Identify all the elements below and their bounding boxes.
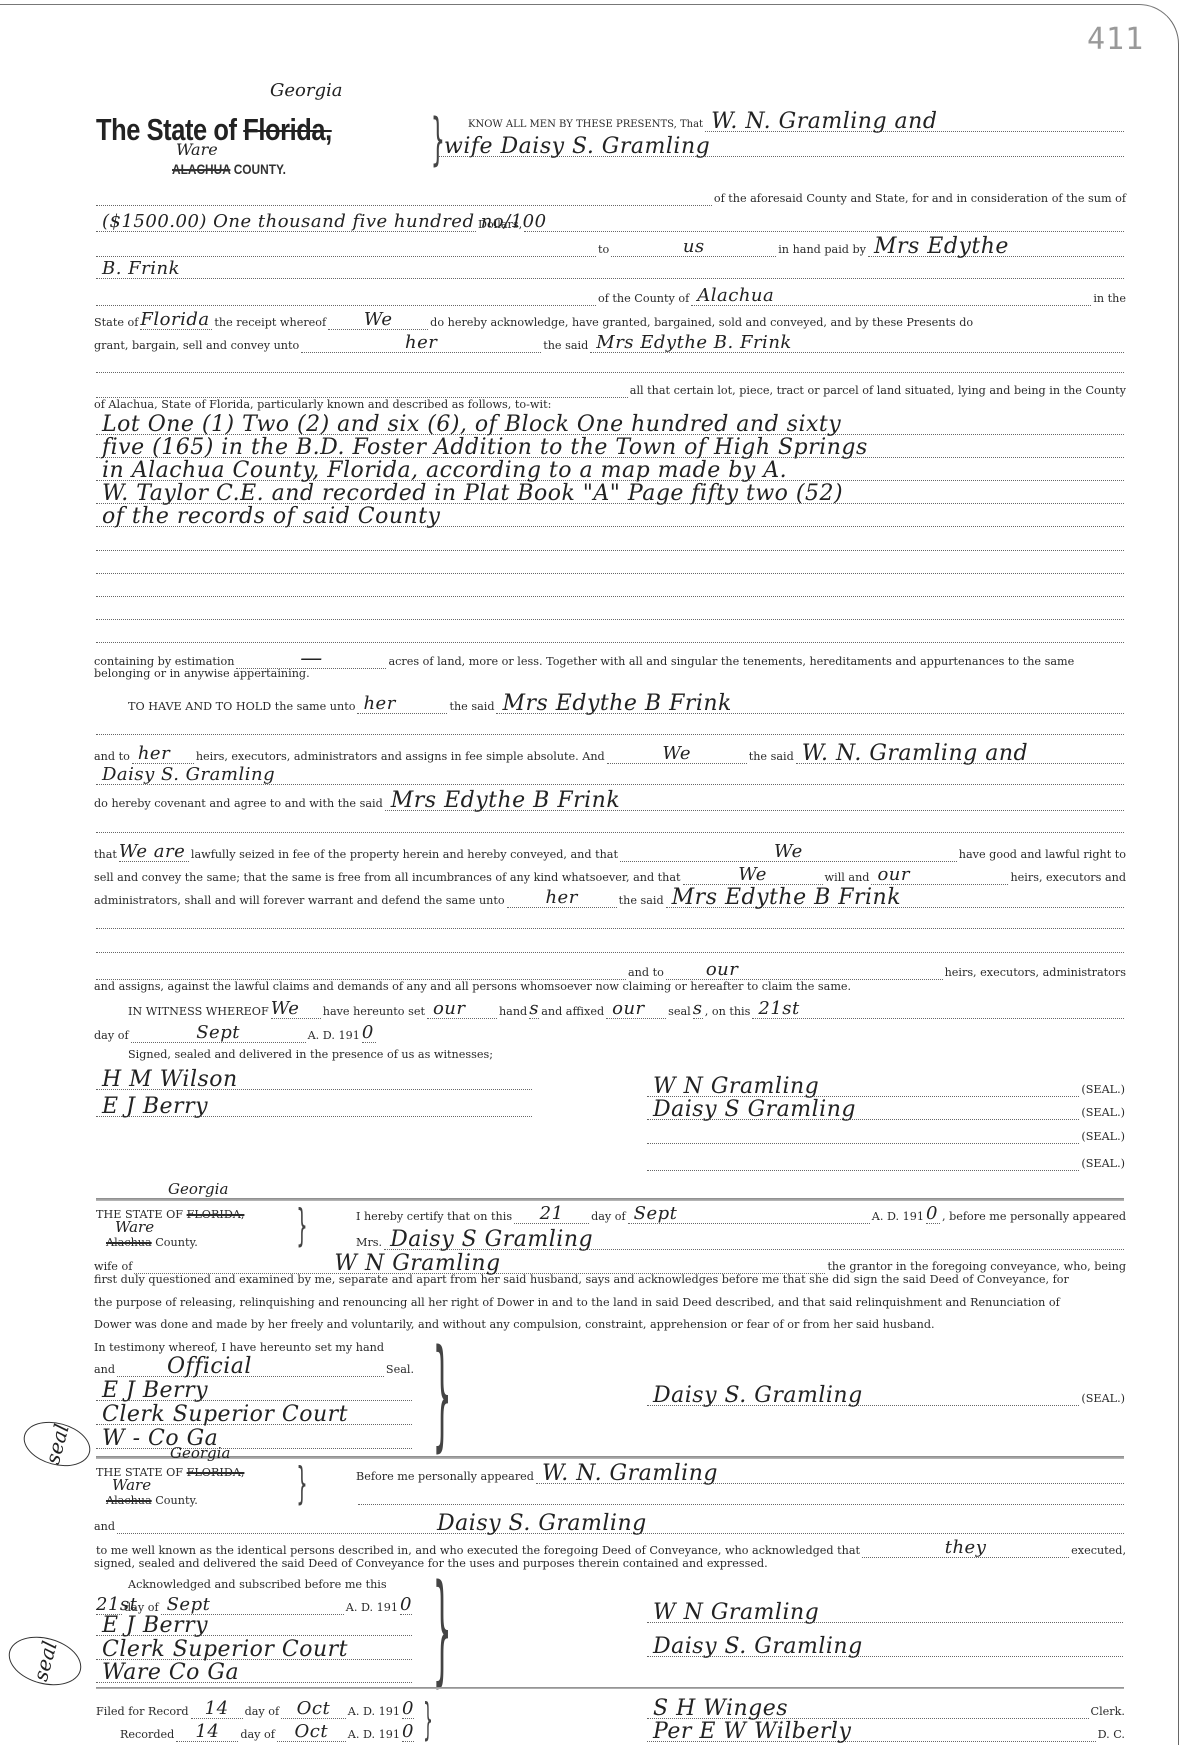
- in-witness-field: We: [271, 1008, 321, 1019]
- wife-of-value: W N Gramling: [334, 1253, 500, 1275]
- filed-line: Filed for Record 14 day of Oct A. D. 191…: [96, 1705, 416, 1719]
- grant-field: her: [301, 342, 541, 353]
- description-field: five (165) in the B.D. Foster Addition t…: [96, 447, 1124, 458]
- description-line: Lot One (1) Two (2) and six (6), of Bloc…: [94, 424, 1126, 435]
- amount-value: ($1500.00) One thousand five hundred no/…: [102, 211, 547, 233]
- will-and-field: our: [871, 874, 1008, 885]
- witness-line: H M Wilson: [94, 1079, 534, 1090]
- year-value: 0: [926, 1203, 938, 1225]
- and-value: We: [662, 743, 691, 765]
- witness-signature: H M Wilson: [102, 1069, 238, 1091]
- seal-label: (SEAL.): [1081, 1157, 1125, 1171]
- grantor-signature: W N Gramling: [653, 1076, 819, 1098]
- appeared-value: W. N. Gramling: [542, 1463, 718, 1485]
- seized-text: lawfully seized in fee of the property h…: [191, 848, 618, 862]
- habendum-line-1: TO HAVE AND TO HOLD the same unto her th…: [128, 700, 1126, 714]
- recorded-year-field: 0: [402, 1731, 414, 1742]
- to-have-label: TO HAVE AND TO HOLD the same unto: [128, 700, 355, 714]
- dower-signature-line: Daisy S. Gramling(SEAL.): [645, 1392, 1125, 1406]
- grantors-value-1: W. N. Gramling and: [711, 111, 937, 133]
- officer-line: E J Berry: [94, 1625, 414, 1636]
- grantors-field-1: W. N. Gramling and: [705, 121, 1124, 132]
- blank-field: [96, 295, 596, 306]
- sell-value: We: [738, 864, 767, 886]
- recorded-month: Oct: [295, 1721, 329, 1743]
- the-said-label: the said: [619, 894, 664, 908]
- grant-label: grant, bargain, sell and convey unto: [94, 339, 299, 353]
- county-written: Ware: [176, 140, 218, 159]
- description-field: of the records of said County: [96, 516, 1124, 527]
- seized-field: We: [620, 851, 957, 862]
- blank-field: [96, 942, 1124, 953]
- day-of-label: day of: [591, 1210, 626, 1224]
- appeared-label: Before me personally appeared: [356, 1470, 534, 1484]
- sell-text: sell and convey the same; that the same …: [94, 871, 681, 885]
- dc-line: Per E W WilberlyD. C.: [645, 1728, 1125, 1742]
- affixed-label: and affixed: [541, 1005, 604, 1019]
- description-line: W. Taylor C.E. and recorded in Plat Book…: [94, 493, 1126, 504]
- right-text: have good and lawful right to: [959, 848, 1126, 862]
- on-this-label: , on this: [705, 1005, 751, 1019]
- and-label: and: [94, 1363, 115, 1377]
- state-printed: FLORIDA,: [187, 1466, 245, 1480]
- county-printed: ALACHUA: [172, 161, 230, 177]
- signature-field: [647, 1160, 1079, 1171]
- county-of-field: Alachua: [691, 295, 1091, 306]
- recorded-label: Recorded: [120, 1728, 174, 1742]
- dower-signature: Daisy S. Gramling: [653, 1385, 863, 1407]
- seal-label: Seal.: [386, 1363, 414, 1377]
- that-label: that: [94, 848, 117, 862]
- hand-suffix-field: s: [529, 1008, 539, 1019]
- and-to-label: and to: [94, 750, 130, 764]
- description-value: Lot One (1) Two (2) and six (6), of Bloc…: [102, 414, 841, 436]
- blank-line: [94, 586, 1126, 597]
- county-written: Ware: [115, 1218, 154, 1236]
- witness-signature: E J Berry: [102, 1096, 208, 1118]
- month-value: Sept: [196, 1022, 240, 1044]
- witness-line-2: day of Sept A. D. 191 0: [94, 1029, 378, 1043]
- description-value: five (165) in the B.D. Foster Addition t…: [102, 437, 868, 459]
- signature-line: (SEAL.): [645, 1157, 1125, 1171]
- wife-of-line: wife of W N Gramling the grantor in the …: [94, 1260, 1126, 1274]
- covenant-field: Mrs Edythe B Frink: [385, 800, 1124, 811]
- clerk-signature: S H Winges: [653, 1698, 788, 1720]
- habendum-line-2: and to her heirs, executors, administrat…: [94, 750, 1126, 764]
- signature-field: Daisy S Gramling: [647, 1109, 1079, 1120]
- covenant-value: Mrs Edythe B Frink: [391, 790, 620, 812]
- heirs-text: heirs, executors, administrators and ass…: [196, 750, 605, 764]
- signature-field: W N Gramling: [647, 1086, 1079, 1097]
- blank-line: [94, 563, 1126, 574]
- and-field: Daisy S. Gramling: [117, 1523, 1124, 1534]
- paid-by-field-2: B. Frink: [96, 268, 1124, 279]
- appeared-line: Before me personally appeared W. N. Gram…: [356, 1470, 1126, 1484]
- description-line: of the records of said County: [94, 516, 1126, 527]
- year-value: 0: [362, 1022, 374, 1044]
- state-written: Georgia: [270, 80, 342, 101]
- blank-field: [96, 918, 1124, 929]
- blank-field: [96, 246, 596, 257]
- county-written: Ware: [112, 1476, 151, 1494]
- state-of-value: Florida: [140, 309, 209, 331]
- county-printed: Alachua: [106, 1236, 152, 1250]
- grantor-text: the grantor in the foregoing conveyance,…: [827, 1260, 1126, 1274]
- ack-county: Alachua County.: [106, 1494, 198, 1508]
- county-of-value: Alachua: [697, 285, 774, 307]
- grantors-value-2: Daisy S. Gramling: [102, 764, 275, 786]
- grantee-field: Mrs Edythe B Frink: [666, 897, 1124, 908]
- witness-field: H M Wilson: [96, 1079, 532, 1090]
- section-brace: }: [296, 1462, 307, 1506]
- preamble-text: KNOW ALL MEN BY THESE PRESENTS, That: [468, 118, 703, 132]
- paid-by-value-2: B. Frink: [102, 258, 180, 280]
- filed-month: Oct: [297, 1698, 331, 1720]
- blank-field: [96, 822, 1124, 833]
- state-printed: Florida,: [243, 112, 332, 147]
- clerk-line: S H WingesClerk.: [645, 1705, 1125, 1719]
- appeared-label: , before me personally appeared: [942, 1210, 1126, 1224]
- warranty-line-4: and to our heirs, executors, administrat…: [94, 966, 1126, 980]
- ack-signature-line: W N Gramling: [645, 1612, 1125, 1623]
- grantee-field: Mrs Edythe B. Frink: [590, 342, 1124, 353]
- section-brace: }: [433, 1335, 452, 1455]
- all-that-text: all that certain lot, piece, tract or pa…: [630, 384, 1126, 398]
- day-of-label: day of: [240, 1728, 275, 1742]
- dower-body-line: Dower was done and made by her freely an…: [94, 1318, 1126, 1332]
- the-said-label: the said: [543, 339, 588, 353]
- known-value: they: [945, 1537, 987, 1559]
- signed-text: signed, sealed and delivered the said De…: [94, 1557, 1126, 1571]
- dower-county: Alachua County.: [106, 1236, 198, 1250]
- seal-label: (SEAL.): [1081, 1106, 1125, 1120]
- officer-value: E J Berry: [102, 1615, 208, 1637]
- consideration-line-3: to us in hand paid by Mrs Edythe: [94, 243, 1126, 257]
- description-field: in Alachua County, Florida, according to…: [96, 470, 1124, 481]
- clerk-field: S H Winges: [647, 1708, 1089, 1719]
- heirs-exec-text: heirs, executors and: [1010, 871, 1126, 885]
- recorded-day: 14: [195, 1721, 219, 1743]
- admin-value: her: [545, 887, 577, 909]
- blank-field: [96, 609, 1124, 620]
- blank-field: [96, 969, 626, 980]
- ad-label: A. D. 191: [308, 1029, 360, 1043]
- county-of-label: of the County of: [598, 292, 689, 306]
- admin-field: her: [507, 897, 617, 908]
- signature-field: [647, 1133, 1079, 1144]
- ack-signature: Daisy S. Gramling: [653, 1636, 863, 1658]
- hand-suffix: s: [529, 998, 539, 1020]
- description-value: W. Taylor C.E. and recorded in Plat Book…: [102, 483, 843, 505]
- description-field: W. Taylor C.E. and recorded in Plat Book…: [96, 493, 1124, 504]
- blank-line: [94, 632, 1126, 643]
- description-value: of the records of said County: [102, 506, 440, 528]
- ack-and-line: and Daisy S. Gramling: [94, 1520, 1126, 1534]
- day-field: 21: [514, 1213, 589, 1224]
- and-to-field: our: [666, 969, 943, 980]
- warranty-line-2: sell and convey the same; that the same …: [94, 871, 1126, 885]
- mrs-line: Mrs. Daisy S Gramling: [356, 1236, 1126, 1250]
- county-label: County.: [155, 1494, 198, 1508]
- grantee-value: Mrs Edythe B Frink: [672, 887, 901, 909]
- witness-line: E J Berry: [94, 1106, 534, 1117]
- paid-by-label: in hand paid by: [778, 243, 866, 257]
- covenant-label: do hereby covenant and agree to and with…: [94, 797, 383, 811]
- grantor-signature: Daisy S Gramling: [653, 1099, 856, 1121]
- seal-suffix: s: [693, 998, 703, 1020]
- consideration-line-2: ($1500.00) One thousand five hundred no/…: [94, 218, 1126, 232]
- county-printed: Alachua: [106, 1494, 152, 1508]
- officer-value: Ware Co Ga: [102, 1662, 239, 1684]
- officer-line: Clerk Superior Court: [94, 1414, 414, 1425]
- section-brace: }: [296, 1204, 307, 1248]
- hand-label: hand: [499, 1005, 527, 1019]
- habendum-line-3: Daisy S. Gramling: [94, 774, 1126, 785]
- seal-label: seal: [668, 1005, 691, 1019]
- grantee-field: Mrs Edythe B Frink: [496, 703, 1124, 714]
- recorded-day-field: 14: [176, 1731, 238, 1742]
- officer-field: E J Berry: [96, 1390, 412, 1401]
- blank-field: [96, 586, 1124, 597]
- signature-line: W N Gramling(SEAL.): [645, 1083, 1125, 1097]
- consideration-line-6: State of Florida the receipt whereof We …: [94, 316, 1126, 330]
- county-label: County.: [155, 1236, 198, 1250]
- recorded-year: 0: [402, 1721, 414, 1743]
- and-to-label: and to: [628, 966, 664, 980]
- paid-by-field: Mrs Edythe: [868, 246, 1124, 257]
- recorded-line: Recorded 14 day of Oct A. D. 191 0: [120, 1728, 416, 1742]
- ack-signature: W N Gramling: [653, 1602, 819, 1624]
- blank-line: [356, 1494, 1126, 1505]
- year-field: 0: [400, 1604, 412, 1615]
- receipt-label: the receipt whereof: [214, 316, 326, 330]
- section-divider: [96, 1687, 1124, 1689]
- seal-label: (SEAL.): [1081, 1392, 1125, 1406]
- officer-value: Clerk Superior Court: [102, 1639, 348, 1661]
- officer-line: E J Berry: [94, 1390, 414, 1401]
- year-field: 0: [362, 1032, 376, 1043]
- day-field: 21st: [752, 1008, 1124, 1019]
- consideration-line-5: of the County of Alachua in the: [94, 292, 1126, 306]
- ad-label: A. D. 191: [348, 1705, 400, 1719]
- dc-field: Per E W Wilberly: [647, 1731, 1096, 1742]
- affixed-field: our: [606, 1008, 666, 1019]
- blank-field: [96, 724, 1124, 735]
- signature-field: Daisy S. Gramling: [647, 1646, 1123, 1657]
- deed-page: 411 The State of Florida, Georgia Ware A…: [0, 0, 1200, 1745]
- day-value: 21st: [758, 998, 799, 1020]
- receipt-field: We: [328, 319, 428, 330]
- to-value: us: [683, 236, 705, 258]
- and-label: and: [94, 1520, 115, 1534]
- year-value: 0: [400, 1594, 412, 1616]
- blank-line: [94, 362, 1126, 373]
- seal-suffix-field: s: [693, 1008, 703, 1019]
- section-brace: }: [423, 1698, 433, 1742]
- month-field: Sept: [628, 1213, 870, 1224]
- blank-line: [94, 942, 1126, 953]
- set-value: our: [433, 998, 466, 1020]
- grant-value: her: [405, 332, 437, 354]
- grantors-line-2: wife Daisy S. Gramling: [436, 146, 1126, 157]
- official-seal-line: and Official Seal.: [94, 1363, 414, 1377]
- blank-line: [94, 724, 1126, 735]
- warranty-line-1: that We are lawfully seized in fee of th…: [94, 848, 1126, 862]
- seal-label: (SEAL.): [1081, 1130, 1125, 1144]
- officer-line: Ware Co Ga: [94, 1672, 414, 1683]
- known-text: to me well known as the identical person…: [96, 1544, 860, 1558]
- section-divider: [96, 1456, 1124, 1459]
- to-field: us: [611, 246, 776, 257]
- acknowledge-text: do hereby acknowledge, have granted, bar…: [430, 316, 973, 330]
- grantors-field-2: Daisy S. Gramling: [96, 774, 1124, 785]
- paid-by-value: Mrs Edythe: [874, 236, 1009, 258]
- and-field: We: [607, 753, 747, 764]
- land-line-1: all that certain lot, piece, tract or pa…: [94, 384, 1126, 398]
- receipt-value: We: [364, 309, 393, 331]
- the-said-label: the said: [749, 750, 794, 764]
- wife-of-label: wife of: [94, 1260, 132, 1274]
- to-label: to: [598, 243, 609, 257]
- blank-field: [96, 387, 628, 398]
- state-written: Georgia: [168, 1180, 228, 1198]
- officer-value: Clerk Superior Court: [102, 1404, 348, 1426]
- grantors-value: W. N. Gramling and: [802, 743, 1028, 765]
- ack-signature-line: Daisy S. Gramling: [645, 1646, 1125, 1657]
- blank-field: [96, 632, 1124, 643]
- that-value: We are: [119, 841, 185, 863]
- and-to-value: her: [138, 743, 170, 765]
- blank-field: [524, 221, 1124, 232]
- description-line: five (165) in the B.D. Foster Addition t…: [94, 447, 1126, 458]
- officer-field: Clerk Superior Court: [96, 1649, 412, 1660]
- officer-field: Ware Co Ga: [96, 1672, 412, 1683]
- filed-month-field: Oct: [281, 1708, 346, 1719]
- section-brace: }: [433, 1570, 452, 1690]
- and-to-value: our: [706, 959, 739, 981]
- in-the-label: in the: [1093, 292, 1126, 306]
- officer-field: E J Berry: [96, 1625, 412, 1636]
- belonging-text: belonging or in anywise appertaining.: [94, 667, 1126, 681]
- mrs-field: Daisy S Gramling: [384, 1239, 1124, 1250]
- dower-body-line: the purpose of releasing, relinquishing …: [94, 1296, 1126, 1310]
- grantee-value: Mrs Edythe B. Frink: [596, 332, 792, 354]
- certify-label: I hereby certify that on this: [356, 1210, 512, 1224]
- blank-field: [96, 362, 1124, 373]
- dc-signature: Per E W Wilberly: [653, 1721, 851, 1743]
- county-suffix: COUNTY.: [234, 161, 286, 177]
- signed-text: Signed, sealed and delivered in the pres…: [128, 1048, 1126, 1062]
- witness-line-1: IN WITNESS WHEREOF We have hereunto set …: [128, 1005, 1126, 1019]
- grantors-field: W. N. Gramling and: [796, 753, 1124, 764]
- signature-field: W N Gramling: [647, 1612, 1123, 1623]
- description-field: Lot One (1) Two (2) and six (6), of Bloc…: [96, 424, 1124, 435]
- county-title: ALACHUA COUNTY.: [172, 161, 286, 177]
- state-of-label: State of: [94, 316, 138, 330]
- affixed-value: our: [612, 998, 645, 1020]
- recorded-month-field: Oct: [277, 1731, 346, 1742]
- filed-year-field: 0: [402, 1708, 414, 1719]
- of-alachua-text: of Alachua, State of Florida, particular…: [94, 398, 1126, 412]
- that-field: We are: [119, 851, 189, 862]
- amount-field: ($1500.00) One thousand five hundred no/…: [96, 221, 476, 232]
- will-and-value: our: [877, 864, 910, 886]
- the-said-label: the said: [449, 700, 494, 714]
- description-value: in Alachua County, Florida, according to…: [102, 460, 787, 482]
- officer-field: Clerk Superior Court: [96, 1414, 412, 1425]
- consideration-text: of the aforesaid County and State, for a…: [714, 192, 1126, 206]
- grantors-field-2: wife Daisy S. Gramling: [438, 146, 1124, 157]
- day-of-label: day of: [94, 1029, 129, 1043]
- admin-text: administrators, shall and will forever w…: [94, 894, 505, 908]
- header-brace: }: [431, 112, 445, 168]
- dc-label: D. C.: [1098, 1728, 1125, 1742]
- blank-line: [94, 822, 1126, 833]
- consideration-line-7: grant, bargain, sell and convey unto her…: [94, 339, 1126, 353]
- sell-field: We: [683, 874, 823, 885]
- grantors-value-2: wife Daisy S. Gramling: [444, 136, 710, 158]
- month-field: Sept: [131, 1032, 306, 1043]
- ad-label: A. D. 191: [348, 1728, 400, 1742]
- ack-label: Acknowledged and subscribed before me th…: [128, 1578, 418, 1592]
- day-value: 21: [540, 1203, 564, 1225]
- witness-field: E J Berry: [96, 1106, 532, 1117]
- page-number: 411: [1087, 22, 1144, 57]
- consideration-line-1: of the aforesaid County and State, for a…: [94, 192, 1126, 206]
- consideration-line-4: B. Frink: [94, 268, 1126, 279]
- dower-body-line: first duly questioned and examined by me…: [94, 1273, 1126, 1287]
- and-field: Official: [117, 1366, 384, 1377]
- and-value: Official: [167, 1356, 252, 1378]
- set-label: have hereunto set: [323, 1005, 425, 1019]
- blank-field: [358, 1494, 1124, 1505]
- blank-field: [96, 195, 712, 206]
- in-witness-label: IN WITNESS WHEREOF: [128, 1005, 269, 1019]
- officer-value: E J Berry: [102, 1380, 208, 1402]
- month-value: Sept: [634, 1203, 678, 1225]
- mrs-label: Mrs.: [356, 1236, 382, 1250]
- clerk-label: Clerk.: [1091, 1705, 1125, 1719]
- officer-field: W - Co Ga: [96, 1438, 412, 1449]
- officer-line: W - Co Ga: [94, 1438, 414, 1449]
- blank-line: [94, 609, 1126, 620]
- signature-field: Daisy S. Gramling: [647, 1395, 1079, 1406]
- mrs-value: Daisy S Gramling: [390, 1229, 593, 1251]
- grantee-value: Mrs Edythe B Frink: [502, 693, 731, 715]
- filed-label: Filed for Record: [96, 1705, 189, 1719]
- blank-field: [96, 540, 1124, 551]
- to-have-field: her: [357, 703, 447, 714]
- year-field: 0: [926, 1213, 940, 1224]
- section-divider: [96, 1198, 1124, 1201]
- testimony-label: In testimony whereof, I have hereunto se…: [94, 1341, 414, 1355]
- will-and-label: will and: [825, 871, 870, 885]
- ad-label: A. D. 191: [872, 1210, 924, 1224]
- officer-line: Clerk Superior Court: [94, 1649, 414, 1660]
- and-to-field: her: [132, 753, 194, 764]
- and-value: Daisy S. Gramling: [437, 1513, 647, 1535]
- signature-line: Daisy S Gramling(SEAL.): [645, 1106, 1125, 1120]
- seal-label: (SEAL.): [1081, 1083, 1125, 1097]
- executed-label: executed,: [1071, 1544, 1126, 1558]
- blank-line: [94, 918, 1126, 929]
- blank-field: [96, 563, 1124, 574]
- filed-year: 0: [402, 1698, 414, 1720]
- filed-day-field: 14: [191, 1708, 243, 1719]
- state-printed: FLORIDA,: [187, 1208, 245, 1222]
- description-line: in Alachua County, Florida, according to…: [94, 470, 1126, 481]
- in-witness-value: We: [271, 998, 300, 1020]
